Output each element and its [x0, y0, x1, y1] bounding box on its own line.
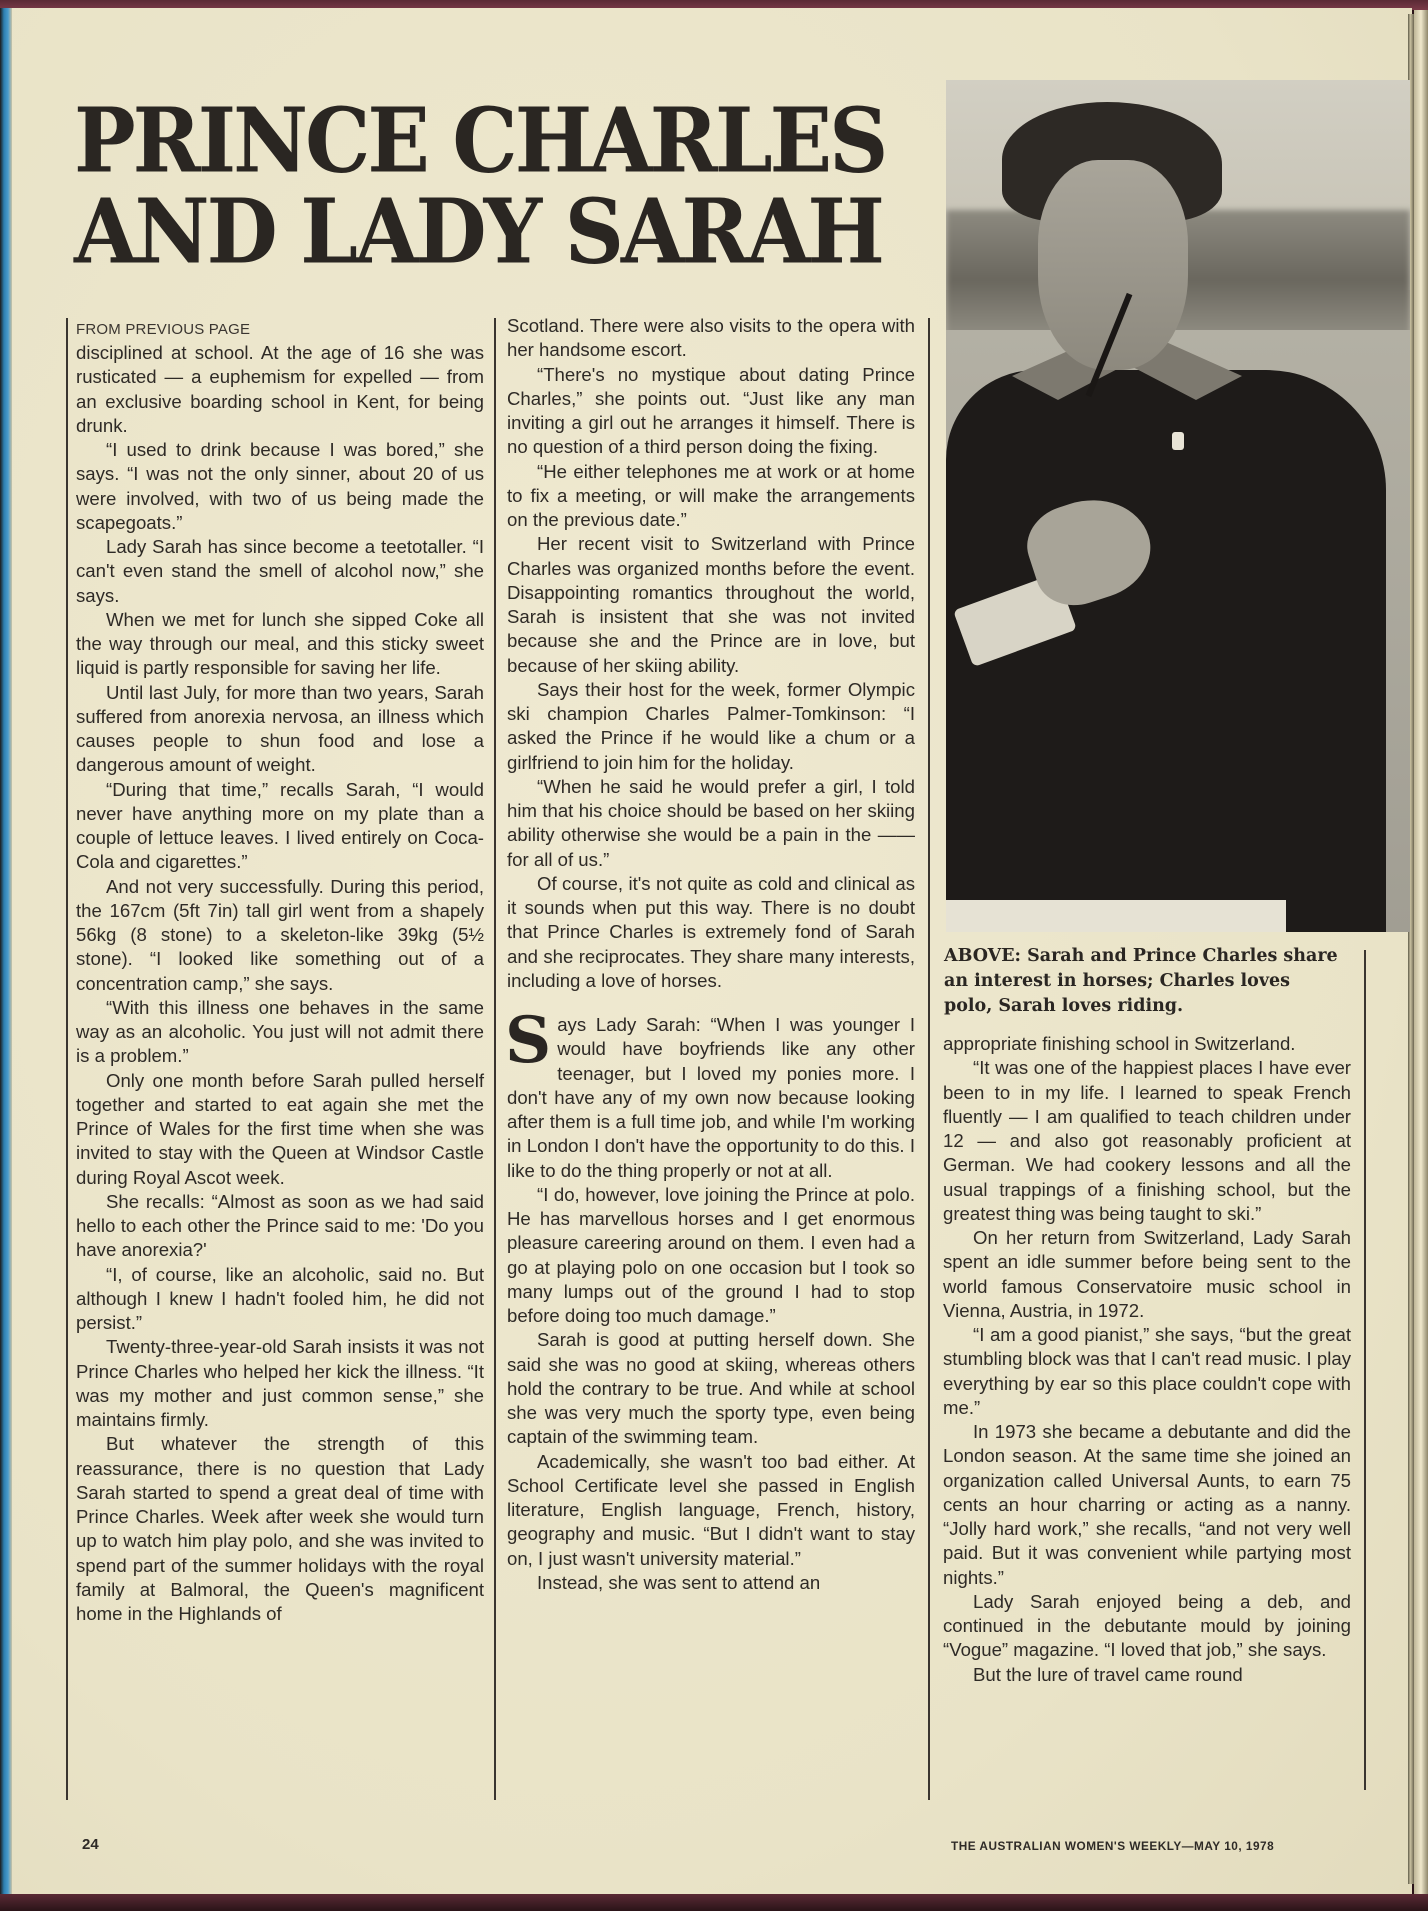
paragraph: Lady Sarah enjoyed being a deb, and cont…: [943, 1590, 1351, 1663]
paragraph: Her recent visit to Switzerland with Pri…: [507, 532, 915, 678]
binding-bottom-edge: [0, 1894, 1428, 1911]
paragraph: “He either telephones me at work or at h…: [507, 460, 915, 533]
page-number: 24: [82, 1836, 99, 1853]
column-rule-right: [1364, 950, 1366, 1790]
paragraph: Lady Sarah has since become a teetotalle…: [76, 535, 484, 608]
column-rule-left: [66, 318, 68, 1800]
paragraph: “I, of course, like an alcoholic, said n…: [76, 1263, 484, 1336]
paragraph: “I used to drink because I was bored,” s…: [76, 438, 484, 535]
photo-trousers: [946, 900, 1286, 932]
column-rule-1: [494, 318, 496, 1800]
headline-line-2: AND LADY SARAH: [74, 187, 934, 278]
paragraph: When we met for lunch she sipped Coke al…: [76, 608, 484, 681]
paragraph: Twenty-three-year-old Sarah insists it w…: [76, 1335, 484, 1432]
paragraph: appropriate finishing school in Switzerl…: [943, 1032, 1351, 1056]
paragraph: In 1973 she became a debutante and did t…: [943, 1420, 1351, 1590]
paragraph: And not very successfully. During this p…: [76, 875, 484, 996]
paragraph: Only one month before Sarah pulled herse…: [76, 1069, 484, 1190]
paragraph: Instead, she was sent to attend an: [507, 1571, 915, 1595]
headline-line-1: PRINCE CHARLES: [74, 96, 934, 187]
column-rule-2: [928, 318, 930, 1800]
article-headline: PRINCE CHARLES AND LADY SARAH: [74, 96, 934, 277]
polo-logo-icon: [1172, 432, 1184, 450]
paragraph: On her return from Switzerland, Lady Sar…: [943, 1226, 1351, 1323]
paragraph: disciplined at school. At the age of 16 …: [76, 341, 484, 438]
dropcap-paragraph-text: ays Lady Sarah: “When I was younger I wo…: [507, 1014, 915, 1181]
paragraph: “When he said he would prefer a girl, I …: [507, 775, 915, 872]
paragraph: But whatever the strength of this reassu…: [76, 1432, 484, 1626]
paragraph: She recalls: “Almost as soon as we had s…: [76, 1190, 484, 1263]
dropcap-letter: S: [505, 1017, 551, 1065]
continued-from-label: FROM PREVIOUS PAGE: [76, 320, 484, 340]
paragraph: “It was one of the happiest places I hav…: [943, 1056, 1351, 1226]
paragraph: “There's no mystique about dating Prince…: [507, 363, 915, 460]
article-column-3: appropriate finishing school in Switzerl…: [943, 1032, 1351, 1687]
dropcap-paragraph: Says Lady Sarah: “When I was younger I w…: [507, 1013, 915, 1183]
photo-caption: ABOVE: Sarah and Prince Charles share an…: [944, 944, 1344, 1019]
paragraph: “I do, however, love joining the Prince …: [507, 1183, 915, 1329]
page-curl-right: [1414, 10, 1428, 1900]
paragraph: Academically, she wasn't too bad either.…: [507, 1450, 915, 1571]
paragraph: “With this illness one behaves in the sa…: [76, 996, 484, 1069]
paragraph: Until last July, for more than two years…: [76, 681, 484, 778]
article-column-2: Scotland. There were also visits to the …: [507, 314, 915, 1595]
paragraph: Of course, it's not quite as cold and cl…: [507, 872, 915, 993]
paragraph: “I am a good pianist,” she says, “but th…: [943, 1323, 1351, 1420]
paragraph: Sarah is good at putting herself down. S…: [507, 1328, 915, 1449]
paragraph: Scotland. There were also visits to the …: [507, 314, 915, 363]
prince-charles-photo: [946, 80, 1410, 932]
paragraph: But the lure of travel came round: [943, 1663, 1351, 1687]
paragraph: “During that time,” recalls Sarah, “I wo…: [76, 778, 484, 875]
paragraph: Says their host for the week, former Oly…: [507, 678, 915, 775]
publication-credit: THE AUSTRALIAN WOMEN'S WEEKLY—MAY 10, 19…: [951, 1839, 1274, 1853]
article-column-1: FROM PREVIOUS PAGE disciplined at school…: [76, 320, 484, 1626]
